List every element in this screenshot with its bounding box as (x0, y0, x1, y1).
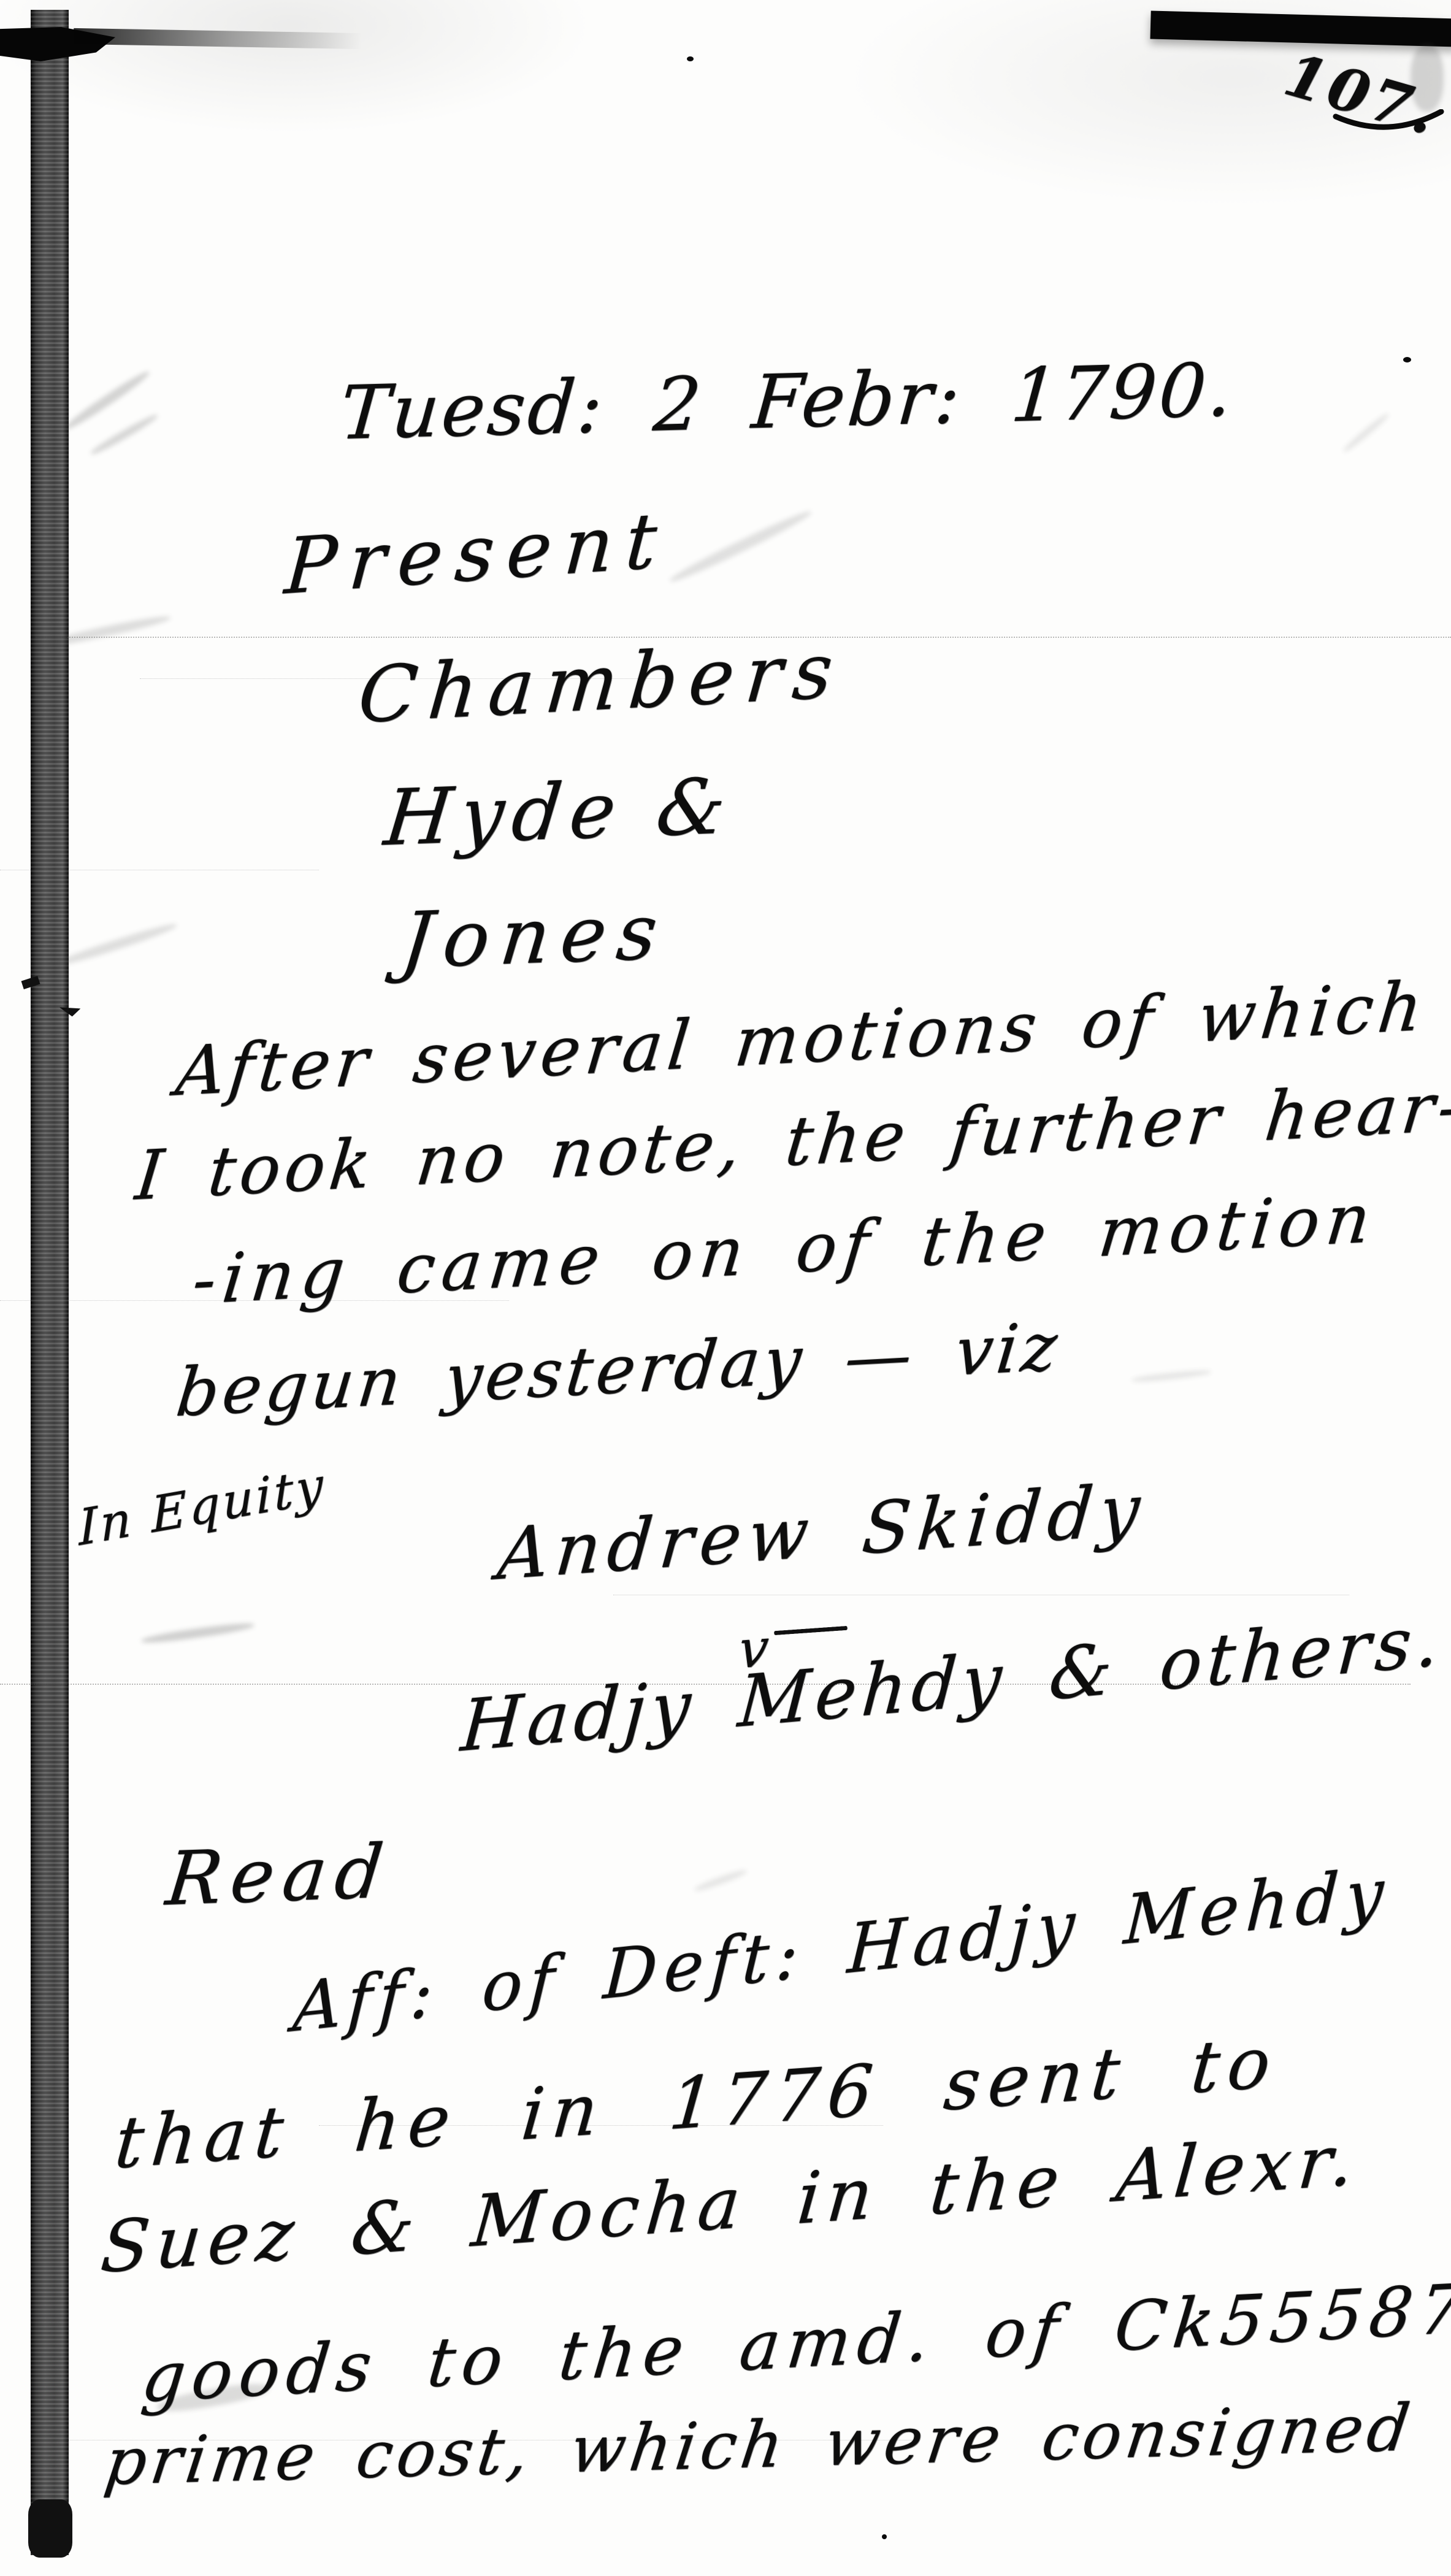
affidavit-heading: Aff: of Deft: Hadjy Mehdy (291, 1858, 1392, 2041)
ink-smudge (56, 921, 178, 969)
ink-smudge (141, 1620, 255, 1646)
folio-flourish (1332, 109, 1445, 141)
affidavit-line-4: prime cost, which were consigned (101, 2396, 1417, 2494)
manuscript-page: 107. Tuesd: 2 Febr: 1790. Present Chambe… (0, 0, 1451, 2576)
fold-line (0, 870, 319, 870)
margin-note-in-equity: In Equity (78, 1460, 326, 1554)
ink-smudge (668, 507, 813, 586)
defendant-name: Hadjy Mehdy & others. (459, 1605, 1446, 1762)
ink-smudge (694, 1868, 748, 1893)
read-label: Read (163, 1835, 395, 1917)
judge-name-jones: Jones (397, 894, 672, 980)
affidavit-line-3: goods to the amd. of Ck55587 (139, 2274, 1451, 2412)
ink-smudge (1342, 412, 1391, 454)
ink-smudge (89, 412, 159, 458)
ink-dot (882, 2534, 887, 2539)
plaintiff-name: Andrew Skiddy (495, 1474, 1149, 1591)
ink-dot (1403, 357, 1411, 362)
preamble-line-3: -ing came on of the motion (190, 1184, 1380, 1314)
binding-strip (31, 10, 69, 2555)
page-top-edge-left-fade (74, 28, 362, 49)
fold-line (613, 1595, 1349, 1595)
ink-smudge (1131, 1368, 1211, 1384)
present-label: Present (283, 502, 672, 606)
judge-name-chambers: Chambers (355, 632, 846, 734)
ink-dot (687, 56, 694, 61)
judge-name-hyde: Hyde & (381, 768, 737, 857)
binding-end-blob (28, 2499, 72, 2558)
versus-dash (774, 1626, 848, 1635)
date-line: Tuesd: 2 Febr: 1790. (337, 354, 1237, 451)
preamble-line-4: begun yesterday — viz (173, 1314, 1063, 1427)
